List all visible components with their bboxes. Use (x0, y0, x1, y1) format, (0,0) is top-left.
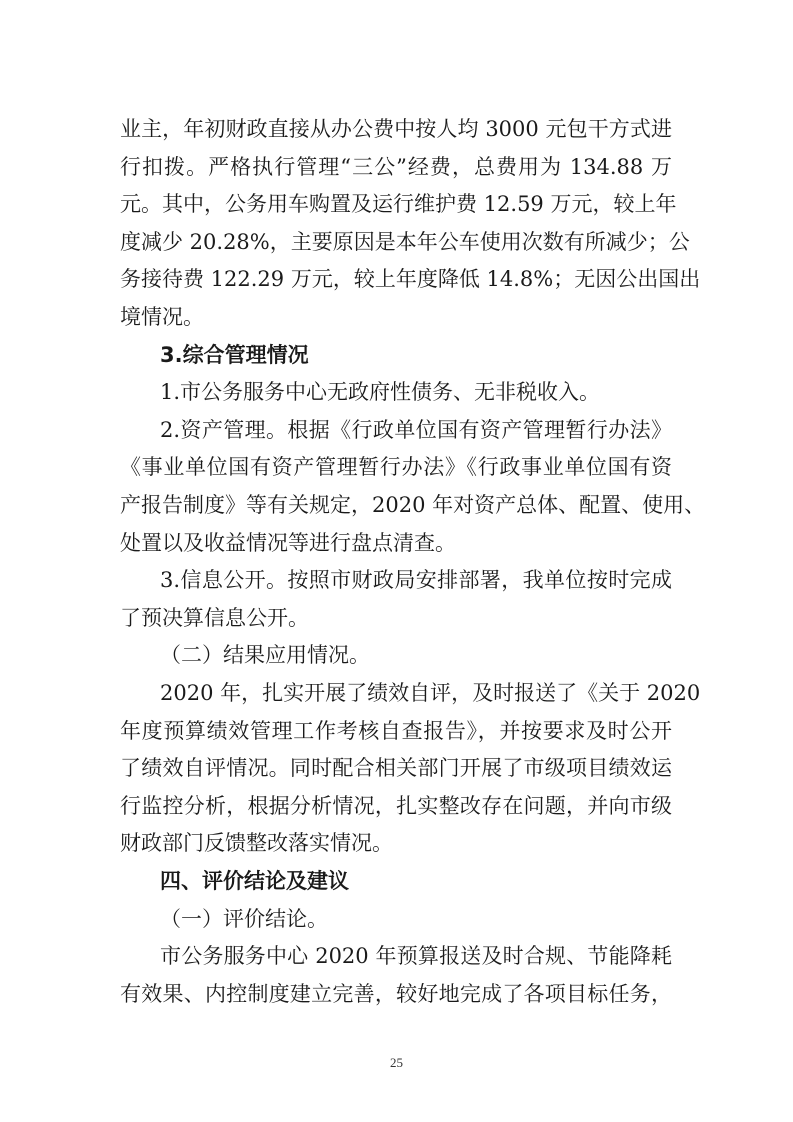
paragraph-line: 了预决算信息公开。 (120, 605, 672, 631)
paragraph-line: （二）结果应用情况。 (160, 642, 672, 668)
paragraph-line: 财政部门反馈整改落实情况。 (120, 830, 672, 856)
paragraph-line: 3.信息公开。按照市财政局安排部署，我单位按时完成 (160, 567, 672, 593)
paragraph-line: 处置以及收益情况等进行盘点清查。 (120, 530, 672, 556)
paragraph-line: 《事业单位国有资产管理暂行办法》《行政事业单位国有资 (120, 454, 672, 480)
paragraph-line: 度减少 20.28%，主要原因是本年公车使用次数有所减少；公 (120, 229, 672, 255)
page-number: 25 (0, 1055, 793, 1071)
paragraph-line: （一）评价结论。 (160, 906, 672, 932)
paragraph-line: 境情况。 (120, 304, 672, 330)
paragraph-line: 市公务服务中心 2020 年预算报送及时合规、节能降耗 (160, 943, 672, 969)
paragraph-line: 元。其中，公务用车购置及运行维护费 12.59 万元，较上年 (120, 191, 672, 217)
paragraph-line: 行监控分析，根据分析情况，扎实整改存在问题，并向市级 (120, 793, 672, 819)
paragraph-line: 年度预算绩效管理工作考核自查报告》，并按要求及时公开 (120, 718, 672, 744)
paragraph-line: 了绩效自评情况。同时配合相关部门开展了市级项目绩效运 (120, 755, 672, 781)
paragraph-line: 业主，年初财政直接从办公费中按人均 3000 元包干方式进 (120, 116, 672, 142)
document-page: 业主，年初财政直接从办公费中按人均 3000 元包干方式进行扣拨。严格执行管理“… (0, 0, 793, 1122)
paragraph-line: 行扣拨。严格执行管理“三公”经费，总费用为 134.88 万 (120, 154, 672, 180)
paragraph-line: 有效果、内控制度建立完善，较好地完成了各项目标任务， (120, 981, 672, 1007)
paragraph-line: 务接待费 122.29 万元，较上年度降低 14.8%；无因公出国出 (120, 266, 672, 292)
section-heading: 3.综合管理情况 (160, 342, 672, 368)
paragraph-line: 2020 年，扎实开展了绩效自评，及时报送了《关于 2020 (160, 680, 672, 706)
section-heading: 四、评价结论及建议 (160, 868, 672, 894)
paragraph-line: 1.市公务服务中心无政府性债务、无非税收入。 (160, 379, 672, 405)
paragraph-line: 2.资产管理。根据《行政单位国有资产管理暂行办法》 (160, 417, 672, 443)
paragraph-line: 产报告制度》等有关规定，2020 年对资产总体、配置、使用、 (120, 492, 672, 518)
